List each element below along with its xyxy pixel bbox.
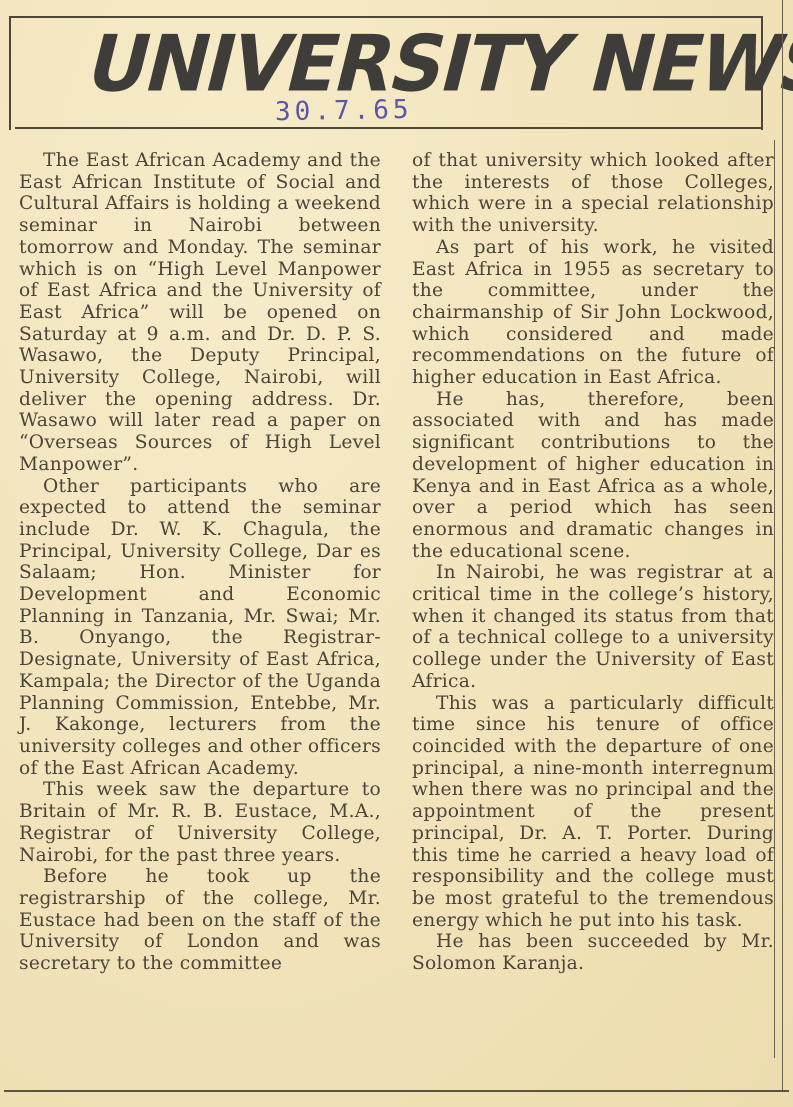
paragraph: Before he took up the registrarship of t…	[19, 866, 381, 975]
paragraph: The East African Academy and the East Af…	[19, 150, 381, 476]
paragraph: This week saw the departure to Britain o…	[19, 779, 381, 866]
handwritten-date: 30.7.65	[275, 95, 413, 127]
article-column-left: The East African Academy and the East Af…	[19, 150, 381, 975]
paragraph: He has been succeeded by Mr. Solomon Kar…	[412, 931, 774, 974]
paragraph: He has, therefore, been associated with …	[412, 389, 774, 563]
paragraph-continued: of that university which looked after th…	[412, 150, 774, 237]
paragraph: This was a particularly difficult time s…	[412, 693, 774, 932]
paragraph: In Nairobi, he was registrar at a critic…	[412, 562, 774, 692]
column-rule	[774, 140, 775, 1058]
bottom-rule	[4, 1090, 789, 1092]
page-title: UNIVERSITY NEWS	[79, 22, 680, 106]
article-column-right: of that university which looked after th…	[412, 150, 774, 975]
paragraph: As part of his work, he visited East Afr…	[412, 237, 774, 389]
paragraph: Other participants who are expected to a…	[19, 476, 381, 780]
right-edge-rule	[782, 0, 783, 1090]
masthead-rule	[15, 127, 761, 129]
